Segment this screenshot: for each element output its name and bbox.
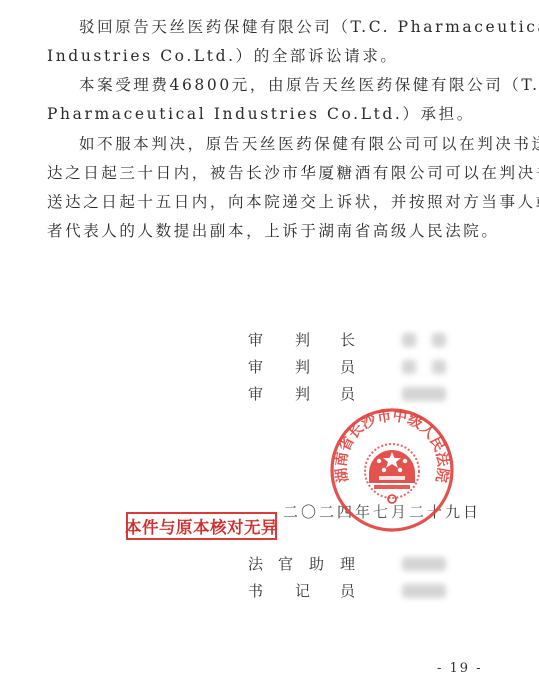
title-char: 员 (340, 356, 355, 377)
title-char: 长 (340, 329, 355, 350)
page-number: - 19 - (437, 661, 483, 676)
redacted-name (402, 387, 446, 401)
court-seal-icon: 湖南省长沙市中级人民法院 (329, 407, 455, 533)
title-char: 审 (248, 356, 263, 377)
paragraph-3-line-3: 送达之日起十五日内，向本院递交上诉状，并按照对方当事人或 (47, 192, 539, 212)
title-char: 判 (295, 329, 310, 350)
redacted-name (402, 333, 416, 347)
redacted-name (402, 557, 446, 571)
paragraph-3-line-1: 如不服本判决，原告天丝医药保健有限公司可以在判决书送 (79, 134, 539, 154)
paragraph-2-line-2: Pharmaceutical Industries Co.Ltd.）承担。 (47, 104, 475, 124)
title-char: 助 (309, 553, 324, 574)
redacted-name (432, 333, 446, 347)
title-char: 员 (340, 383, 355, 404)
title-char: 记 (295, 580, 310, 601)
title-char: 判 (295, 383, 310, 404)
redacted-name (402, 584, 446, 598)
title-char: 官 (278, 553, 293, 574)
redacted-name (432, 360, 446, 374)
title-char: 审 (248, 383, 263, 404)
paragraph-2-line-1: 本案受理费46800元，由原告天丝医药保健有限公司（T.C. (79, 75, 539, 95)
title-char: 判 (295, 356, 310, 377)
paragraph-3-line-2: 达之日起三十日内，被告长沙市华厦糖酒有限公司可以在判决书 (47, 163, 539, 183)
title-char: 员 (340, 580, 355, 601)
paragraph-3-line-4: 者代表人的人数提出副本，上诉于湖南省高级人民法院。 (47, 221, 500, 241)
paragraph-1-line-2: Industries Co.Ltd.）的全部诉讼请求。 (47, 46, 399, 66)
paragraph-1-line-1: 驳回原告天丝医药保健有限公司（T.C. Pharmaceutical (79, 17, 539, 37)
copy-verification-stamp: 本件与原本核对无异 (126, 512, 277, 540)
redacted-name (402, 360, 416, 374)
title-char: 书 (248, 580, 263, 601)
title-char: 审 (248, 329, 263, 350)
title-char: 法 (248, 553, 263, 574)
title-char: 理 (340, 553, 355, 574)
